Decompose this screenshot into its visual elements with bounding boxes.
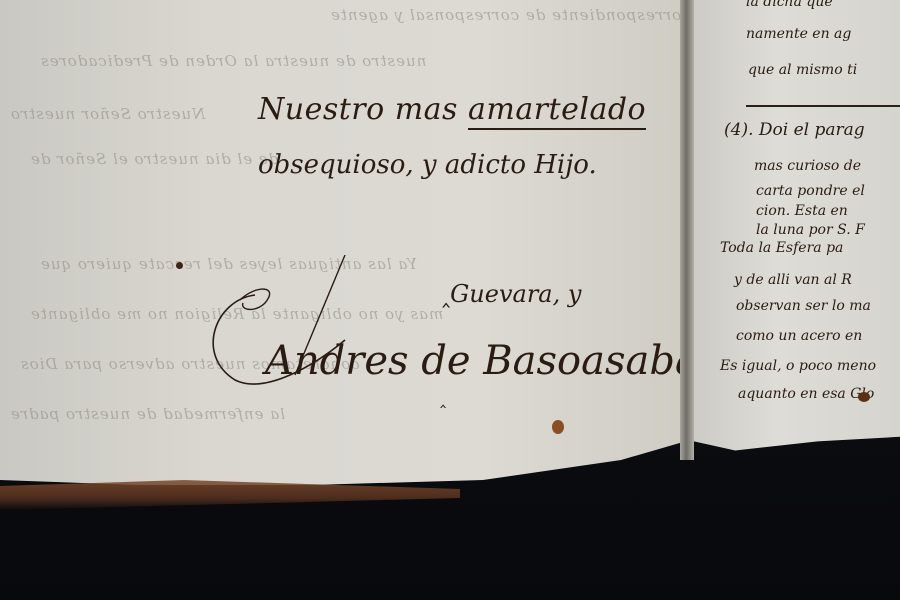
right-page: la dicha que namente en ag que al mismo … bbox=[694, 0, 900, 455]
closing-line-1: Nuestro mas amartelado bbox=[258, 92, 646, 127]
right-line: aquanto en esa Glo bbox=[738, 386, 874, 402]
ink-dot bbox=[176, 262, 183, 269]
right-line: que al mismo ti bbox=[748, 62, 857, 78]
insertion-caret: ‸ bbox=[440, 388, 446, 409]
bleed-through-line: yo correspondiente de corresponsal y age… bbox=[330, 6, 690, 24]
section-rule bbox=[746, 105, 900, 107]
book-gutter bbox=[680, 0, 694, 460]
right-line: Es igual, o poco meno bbox=[720, 358, 876, 374]
signature: Andres de Basoasabal bbox=[265, 338, 690, 384]
bleed-through-line: de el dia nuestro el Señor de bbox=[30, 150, 278, 168]
right-line: Toda la Esfera pa bbox=[720, 240, 843, 256]
right-line: como un acero en bbox=[736, 328, 862, 344]
closing-line-2: obsequioso, y adicto Hijo. bbox=[258, 150, 597, 180]
closing-prefix: Nuestro mas bbox=[258, 92, 468, 127]
bleed-through-line: la enfermedad de nuestro padre bbox=[10, 405, 285, 423]
foxing-stain bbox=[858, 392, 870, 402]
right-line: (4). Doi el parag bbox=[724, 120, 865, 140]
right-line: la dicha que bbox=[746, 0, 833, 10]
bleed-through-line: Nuestro Señor nuestro bbox=[10, 105, 205, 123]
right-line: mas curioso de bbox=[754, 158, 861, 174]
right-line: la luna por S. F bbox=[756, 222, 865, 238]
signature-insertion: ‸Guevara, y bbox=[442, 280, 581, 308]
right-line: observan ser lo ma bbox=[736, 298, 871, 314]
right-line: y de alli van al R bbox=[734, 272, 852, 288]
right-line: namente en ag bbox=[746, 26, 851, 42]
bleed-through-line: nuestro de nuestra la Orden de Predicado… bbox=[40, 52, 426, 70]
underlined-word: amartelado bbox=[468, 92, 646, 130]
manuscript-photo: yo correspondiente de corresponsal y age… bbox=[0, 0, 900, 600]
right-line: cion. Esta en bbox=[756, 203, 848, 219]
foxing-stain bbox=[552, 420, 564, 434]
right-line: carta pondre el bbox=[756, 183, 865, 199]
left-page: yo correspondiente de corresponsal y age… bbox=[0, 0, 690, 500]
